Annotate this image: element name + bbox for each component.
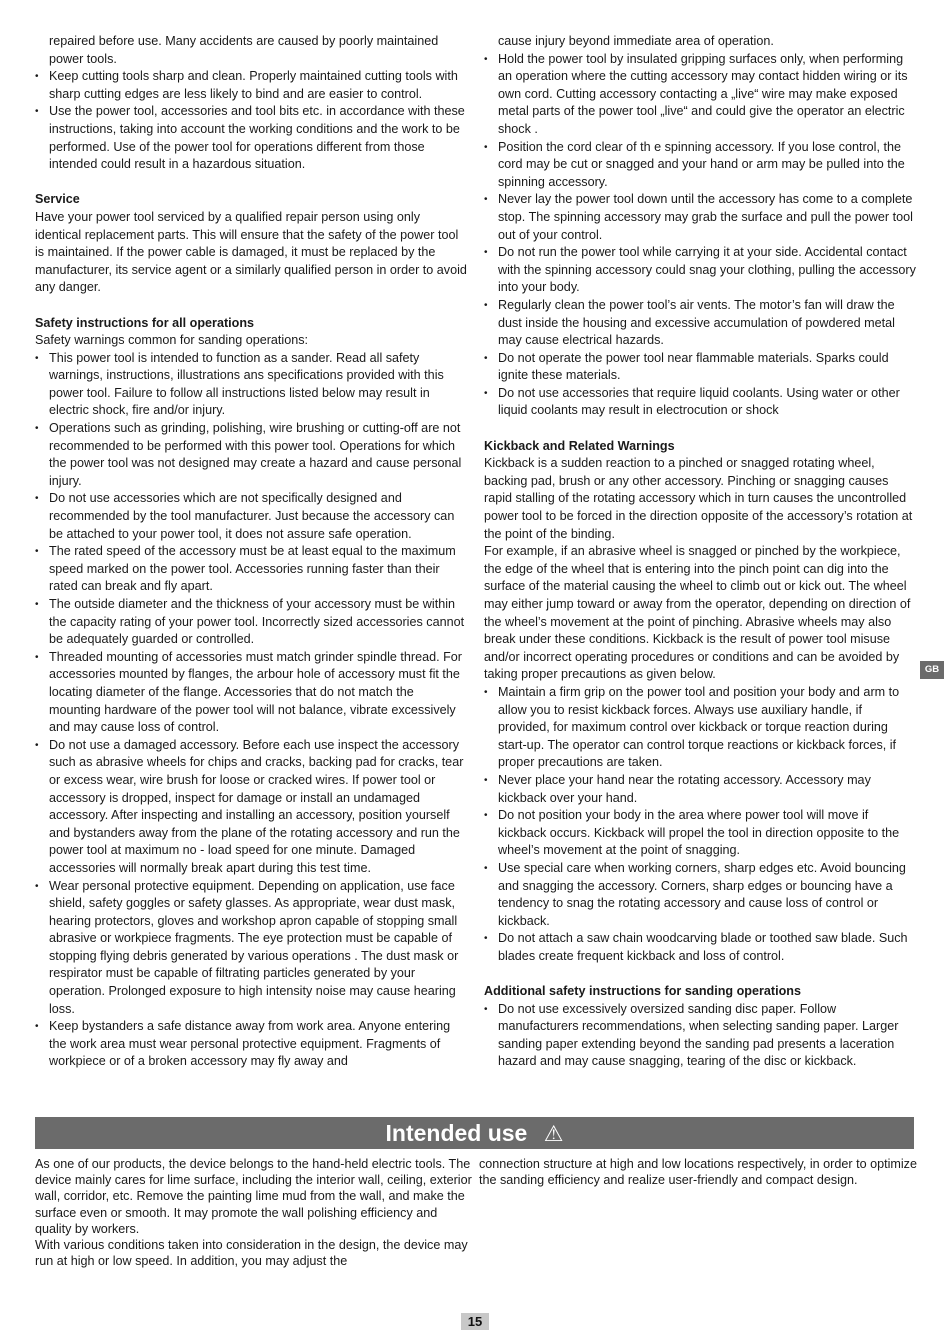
list-item: Do not attach a saw chain woodcarving bl… — [484, 930, 916, 965]
continuation-text: cause injury beyond immediate area of op… — [484, 33, 916, 51]
list-item: Hold the power tool by insulated grippin… — [484, 51, 916, 139]
list-item: Threaded mounting of accessories must ma… — [35, 649, 469, 737]
list-item: Wear personal protective equipment. Depe… — [35, 878, 469, 1019]
list-item: Keep cutting tools sharp and clean. Prop… — [35, 68, 469, 103]
safety-all-intro: Safety warnings common for sanding opera… — [35, 332, 469, 350]
right-column: cause injury beyond immediate area of op… — [484, 33, 916, 1071]
safety-all-bullet-list: This power tool is intended to function … — [35, 350, 469, 1071]
list-item: This power tool is intended to function … — [35, 350, 469, 420]
intended-use-para-3: connection structure at high and low loc… — [479, 1156, 919, 1188]
list-item: Maintain a firm grip on the power tool a… — [484, 684, 916, 772]
list-item: Use special care when working corners, s… — [484, 860, 916, 930]
intended-use-left: As one of our products, the device belon… — [35, 1156, 475, 1269]
list-item: Use the power tool, accessories and tool… — [35, 103, 469, 173]
list-item: Operations such as grinding, polishing, … — [35, 420, 469, 490]
list-item: Do not run the power tool while carrying… — [484, 244, 916, 297]
intended-use-title: Intended use — [386, 1120, 528, 1146]
list-item: Position the cord clear of th e spinning… — [484, 139, 916, 192]
continuation-text: repaired before use. Many accidents are … — [35, 33, 469, 68]
list-item: Regularly clean the power tool’s air ven… — [484, 297, 916, 350]
list-item: Never lay the power tool down until the … — [484, 191, 916, 244]
top-bullet-list: Hold the power tool by insulated grippin… — [484, 51, 916, 420]
list-item: The rated speed of the accessory must be… — [35, 543, 469, 596]
kickback-para-1: Kickback is a sudden reaction to a pinch… — [484, 455, 916, 543]
list-item: Do not operate the power tool near flamm… — [484, 350, 916, 385]
kickback-para-2: For example, if an abrasive wheel is sna… — [484, 543, 916, 684]
warning-triangle-icon: ⚠ — [544, 1118, 564, 1150]
intended-use-right: connection structure at high and low loc… — [479, 1156, 919, 1188]
list-item: Do not use excessively oversized sanding… — [484, 1001, 916, 1071]
kickback-heading: Kickback and Related Warnings — [484, 438, 916, 456]
intended-use-para-2: With various conditions taken into consi… — [35, 1237, 475, 1269]
sanding-bullet-list: Do not use excessively oversized sanding… — [484, 1001, 916, 1071]
language-tab: GB — [920, 661, 944, 679]
sanding-heading: Additional safety instructions for sandi… — [484, 983, 916, 1001]
list-item: The outside diameter and the thickness o… — [35, 596, 469, 649]
intended-use-header: Intended use ⚠ — [35, 1117, 914, 1149]
service-heading: Service — [35, 191, 469, 209]
list-item: Do not use a damaged accessory. Before e… — [35, 737, 469, 878]
left-column: repaired before use. Many accidents are … — [35, 33, 469, 1071]
list-item: Do not use accessories that require liqu… — [484, 385, 916, 420]
intended-use-para-1: As one of our products, the device belon… — [35, 1156, 475, 1237]
safety-all-heading: Safety instructions for all operations — [35, 315, 469, 333]
service-body: Have your power tool serviced by a quali… — [35, 209, 469, 297]
list-item: Never place your hand near the rotating … — [484, 772, 916, 807]
list-item: Do not use accessories which are not spe… — [35, 490, 469, 543]
top-bullet-list: Keep cutting tools sharp and clean. Prop… — [35, 68, 469, 174]
list-item: Do not position your body in the area wh… — [484, 807, 916, 860]
list-item: Keep bystanders a safe distance away fro… — [35, 1018, 469, 1071]
page-number: 15 — [461, 1313, 489, 1330]
kickback-bullet-list: Maintain a firm grip on the power tool a… — [484, 684, 916, 966]
